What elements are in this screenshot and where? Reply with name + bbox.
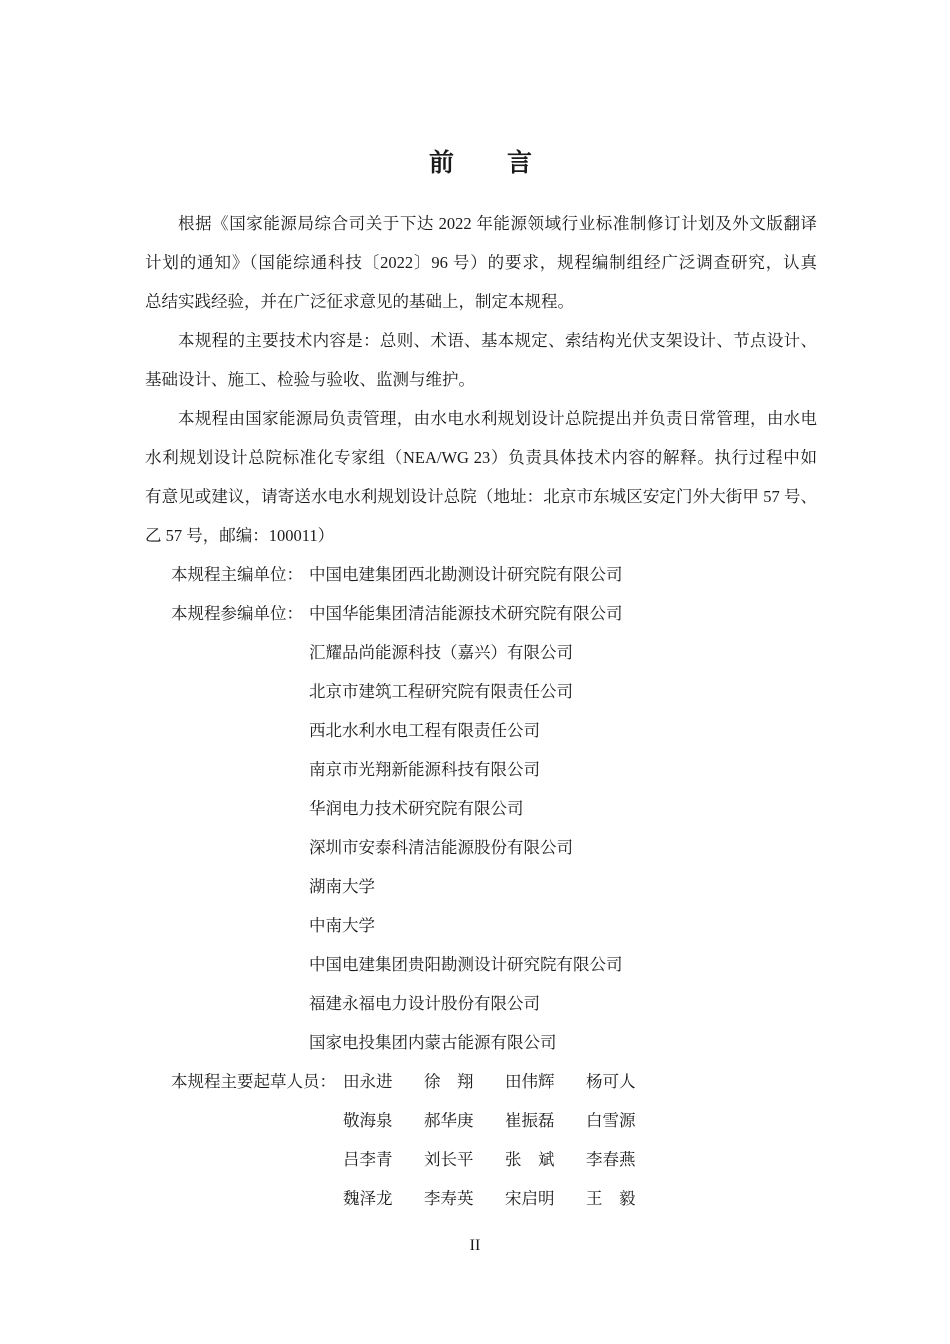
unit-list-item: 华润电力技术研究院有限公司: [145, 789, 817, 828]
paragraph-line: 基础设计、施工、检验与验收、监测与维护。: [145, 360, 817, 399]
page-title: 前 言: [145, 148, 817, 180]
paragraph-line: 计划的通知》（国能综通科技〔2022〕96 号）的要求，规程编制组经广泛调查研究…: [145, 243, 817, 282]
drafter-name: 田永进: [343, 1062, 393, 1101]
drafters-label-spacer: [171, 1101, 343, 1140]
chief-unit-row: 本规程主编单位： 中国电建集团西北勘测设计研究院有限公司: [145, 555, 817, 594]
drafter-name: 宋启明: [505, 1179, 555, 1218]
drafter-names-line: 吕李青 刘长平 张 斌 李春燕: [343, 1140, 636, 1179]
drafter-name: 李春燕: [586, 1140, 636, 1179]
drafter-name: 郝华庚: [424, 1101, 474, 1140]
paragraph-line: 水利规划设计总院标准化专家组（NEA/WG 23）负责具体技术内容的解释。执行过…: [145, 438, 817, 477]
chief-unit-label: 本规程主编单位：: [171, 555, 309, 594]
unit-list-item: 中南大学: [145, 906, 817, 945]
document-page: 前 言 根据《国家能源局综合司关于下达 2022 年能源领域行业标准制修订计划及…: [0, 0, 950, 1344]
drafters-row: 魏泽龙 李寿英 宋启明 王 毅: [145, 1179, 817, 1218]
drafter-names-line: 敬海泉 郝华庚 崔振磊 白雪源: [343, 1101, 636, 1140]
unit-list-item: 福建永福电力设计股份有限公司: [145, 984, 817, 1023]
unit-list-item: 南京市光翔新能源科技有限公司: [145, 750, 817, 789]
paragraph-line: 本规程由国家能源局负责管理，由水电水利规划设计总院提出并负责日常管理，由水电: [145, 399, 817, 438]
participant-unit-label: 本规程参编单位：: [171, 594, 309, 633]
drafter-names-line: 魏泽龙 李寿英 宋启明 王 毅: [343, 1179, 636, 1218]
drafter-name: 徐 翔: [424, 1062, 474, 1101]
participant-unit-name: 中国华能集团清洁能源技术研究院有限公司: [309, 594, 623, 633]
drafter-name: 田伟辉: [505, 1062, 555, 1101]
drafters-row: 本规程主要起草人员： 田永进 徐 翔 田伟辉 杨可人: [145, 1062, 817, 1101]
paragraph-line: 乙 57 号，邮编：100011）: [145, 516, 817, 555]
drafter-name: 吕李青: [343, 1140, 393, 1179]
paragraph-line: 根据《国家能源局综合司关于下达 2022 年能源领域行业标准制修订计划及外文版翻…: [145, 204, 817, 243]
drafter-name: 白雪源: [586, 1101, 636, 1140]
drafter-names-line: 田永进 徐 翔 田伟辉 杨可人: [343, 1062, 636, 1101]
drafter-name: 张 斌: [505, 1140, 555, 1179]
drafters-label: 本规程主要起草人员：: [171, 1062, 343, 1101]
paragraph-line: 总结实践经验，并在广泛征求意见的基础上，制定本规程。: [145, 282, 817, 321]
drafter-name: 刘长平: [424, 1140, 474, 1179]
unit-list-item: 湖南大学: [145, 867, 817, 906]
drafters-row: 吕李青 刘长平 张 斌 李春燕: [145, 1140, 817, 1179]
page-content: 前 言 根据《国家能源局综合司关于下达 2022 年能源领域行业标准制修订计划及…: [145, 148, 817, 1218]
participant-unit-row: 本规程参编单位： 中国华能集团清洁能源技术研究院有限公司: [145, 594, 817, 633]
unit-list-item: 汇耀品尚能源科技（嘉兴）有限公司: [145, 633, 817, 672]
chief-unit-name: 中国电建集团西北勘测设计研究院有限公司: [309, 555, 623, 594]
paragraph-line: 有意见或建议，请寄送水电水利规划设计总院（地址：北京市东城区安定门外大街甲 57…: [145, 477, 817, 516]
unit-list-item: 中国电建集团贵阳勘测设计研究院有限公司: [145, 945, 817, 984]
drafter-name: 王 毅: [586, 1179, 636, 1218]
page-number: II: [0, 1236, 950, 1256]
paragraph-intro: 根据《国家能源局综合司关于下达 2022 年能源领域行业标准制修订计划及外文版翻…: [145, 204, 817, 321]
paragraph-line: 本规程的主要技术内容是：总则、术语、基本规定、索结构光伏支架设计、节点设计、: [145, 321, 817, 360]
drafter-name: 李寿英: [424, 1179, 474, 1218]
unit-list-item: 北京市建筑工程研究院有限责任公司: [145, 672, 817, 711]
paragraph-contents: 本规程的主要技术内容是：总则、术语、基本规定、索结构光伏支架设计、节点设计、 基…: [145, 321, 817, 399]
drafters-row: 敬海泉 郝华庚 崔振磊 白雪源: [145, 1101, 817, 1140]
drafter-name: 敬海泉: [343, 1101, 393, 1140]
unit-list-item: 西北水利水电工程有限责任公司: [145, 711, 817, 750]
drafters-label-spacer: [171, 1140, 343, 1179]
drafter-name: 魏泽龙: [343, 1179, 393, 1218]
paragraph-management: 本规程由国家能源局负责管理，由水电水利规划设计总院提出并负责日常管理，由水电 水…: [145, 399, 817, 555]
drafters-label-spacer: [171, 1179, 343, 1218]
unit-list-item: 国家电投集团内蒙古能源有限公司: [145, 1023, 817, 1062]
unit-list-item: 深圳市安泰科清洁能源股份有限公司: [145, 828, 817, 867]
drafter-name: 崔振磊: [505, 1101, 555, 1140]
drafter-name: 杨可人: [586, 1062, 636, 1101]
